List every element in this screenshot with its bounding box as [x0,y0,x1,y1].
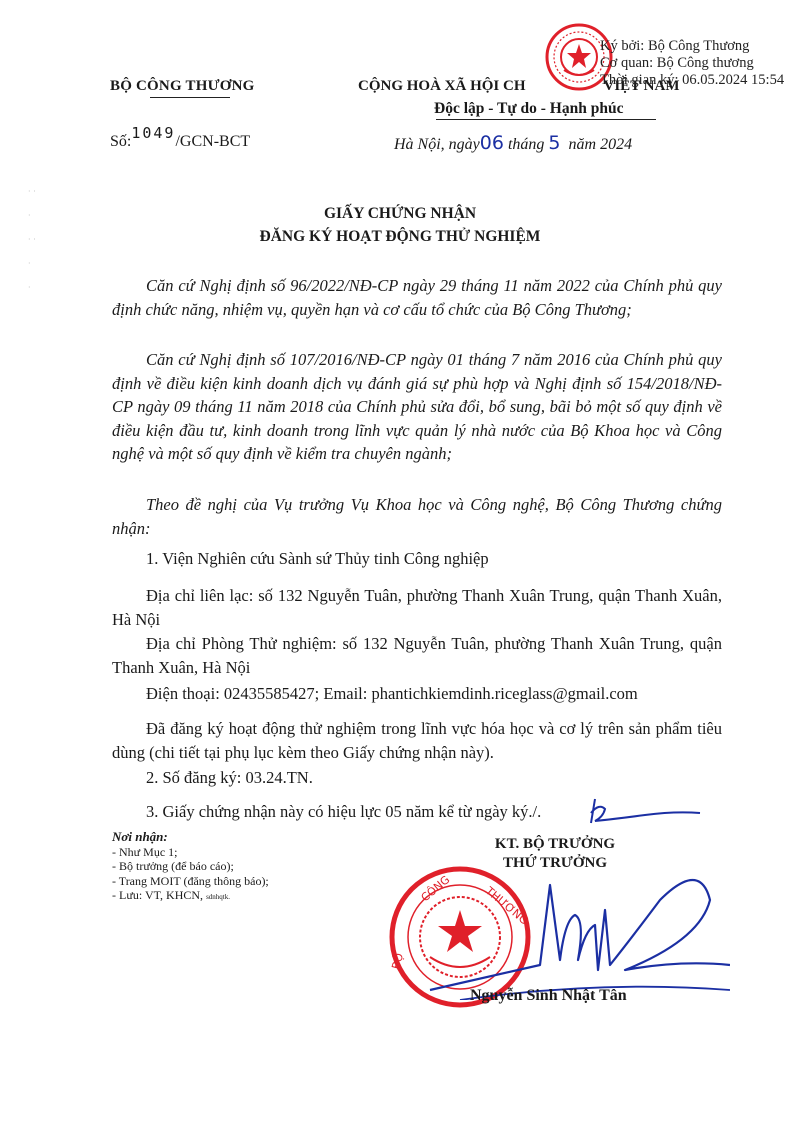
recipient-archive: - Lưu: VT, KHCN, [112,888,206,902]
recipient-item: - Lưu: VT, KHCN, sdnhqtk. [112,888,269,905]
contact-info: Điện thoại: 02435585427; Email: phantich… [112,682,722,706]
issuing-agency: BỘ CÔNG THƯƠNG [110,78,254,95]
preamble-1: Căn cứ Nghị định số 96/2022/NĐ-CP ngày 2… [112,274,722,321]
document-number: Số:1049/GCN-BCT [110,132,250,151]
signature-title: KT. BỘ TRƯỞNG [470,836,640,853]
signed-by: Ký bởi: Bộ Công Thương [600,38,784,55]
recipients-title: Nơi nhận: [112,830,269,845]
handwritten-signature-icon [400,860,730,1000]
recipients-list: Nơi nhận: - Như Mục 1; - Bộ trưởng (để b… [112,830,269,905]
signing-time: Thời gian ký: 06.05.2024 15:54 [600,72,784,89]
item-1-organization: 1. Viện Nghiên cứu Sành sứ Thủy tinh Côn… [112,547,722,571]
motto-underline [436,119,656,120]
contact-address: Địa chỉ liên lạc: số 132 Nguyễn Tuân, ph… [112,584,722,631]
number-suffix: /GCN-BCT [175,133,250,150]
number-prefix: Số: [110,133,131,150]
date-day-handwritten: 06 [480,132,504,154]
issue-date: Hà Nội, ngày06 tháng 5 năm 2024 [394,132,632,154]
issuer-underline [150,97,230,98]
preamble-2: Căn cứ Nghị định số 107/2016/NĐ-CP ngày … [112,348,722,466]
preamble-3: Theo đề nghị của Vụ trưởng Vụ Khoa học v… [112,493,722,540]
recipient-archive-note: sdnhqtk. [206,893,230,901]
item-2-registration: 2. Số đăng ký: 03.24.TN. [112,766,722,790]
scope: Đã đăng ký hoạt động thử nghiệm trong lĩ… [112,717,722,764]
lab-address: Địa chỉ Phòng Thử nghiệm: số 132 Nguyễn … [112,632,722,679]
recipient-item: - Bộ trưởng (để báo cáo); [112,859,269,874]
document-subtitle: ĐĂNG KÝ HOẠT ĐỘNG THỬ NGHIỆM [0,228,800,246]
nation-name-start: CỘNG HOÀ XÃ HỘI CH [358,78,526,94]
signer-name: Nguyễn Sinh Nhật Tân [470,987,627,1005]
document-title: GIẤY CHỨNG NHẬN [0,205,800,223]
date-place: Hà Nội, ngày [394,136,480,153]
date-month-handwritten: 5 [548,132,560,154]
handwritten-number: 1049 [131,124,175,142]
national-motto: Độc lập - Tự do - Hạnh phúc [434,100,623,118]
year-label: năm 2024 [569,136,633,153]
initial-mark-icon [585,795,705,825]
recipient-item: - Trang MOIT (đăng thông báo); [112,874,269,889]
recipient-item: - Như Mục 1; [112,845,269,860]
signing-agency: Cơ quan: Bộ Công thương [600,55,784,72]
month-label: tháng [508,136,544,153]
digital-signature-info: Ký bởi: Bộ Công Thương Cơ quan: Bộ Công … [600,38,784,89]
